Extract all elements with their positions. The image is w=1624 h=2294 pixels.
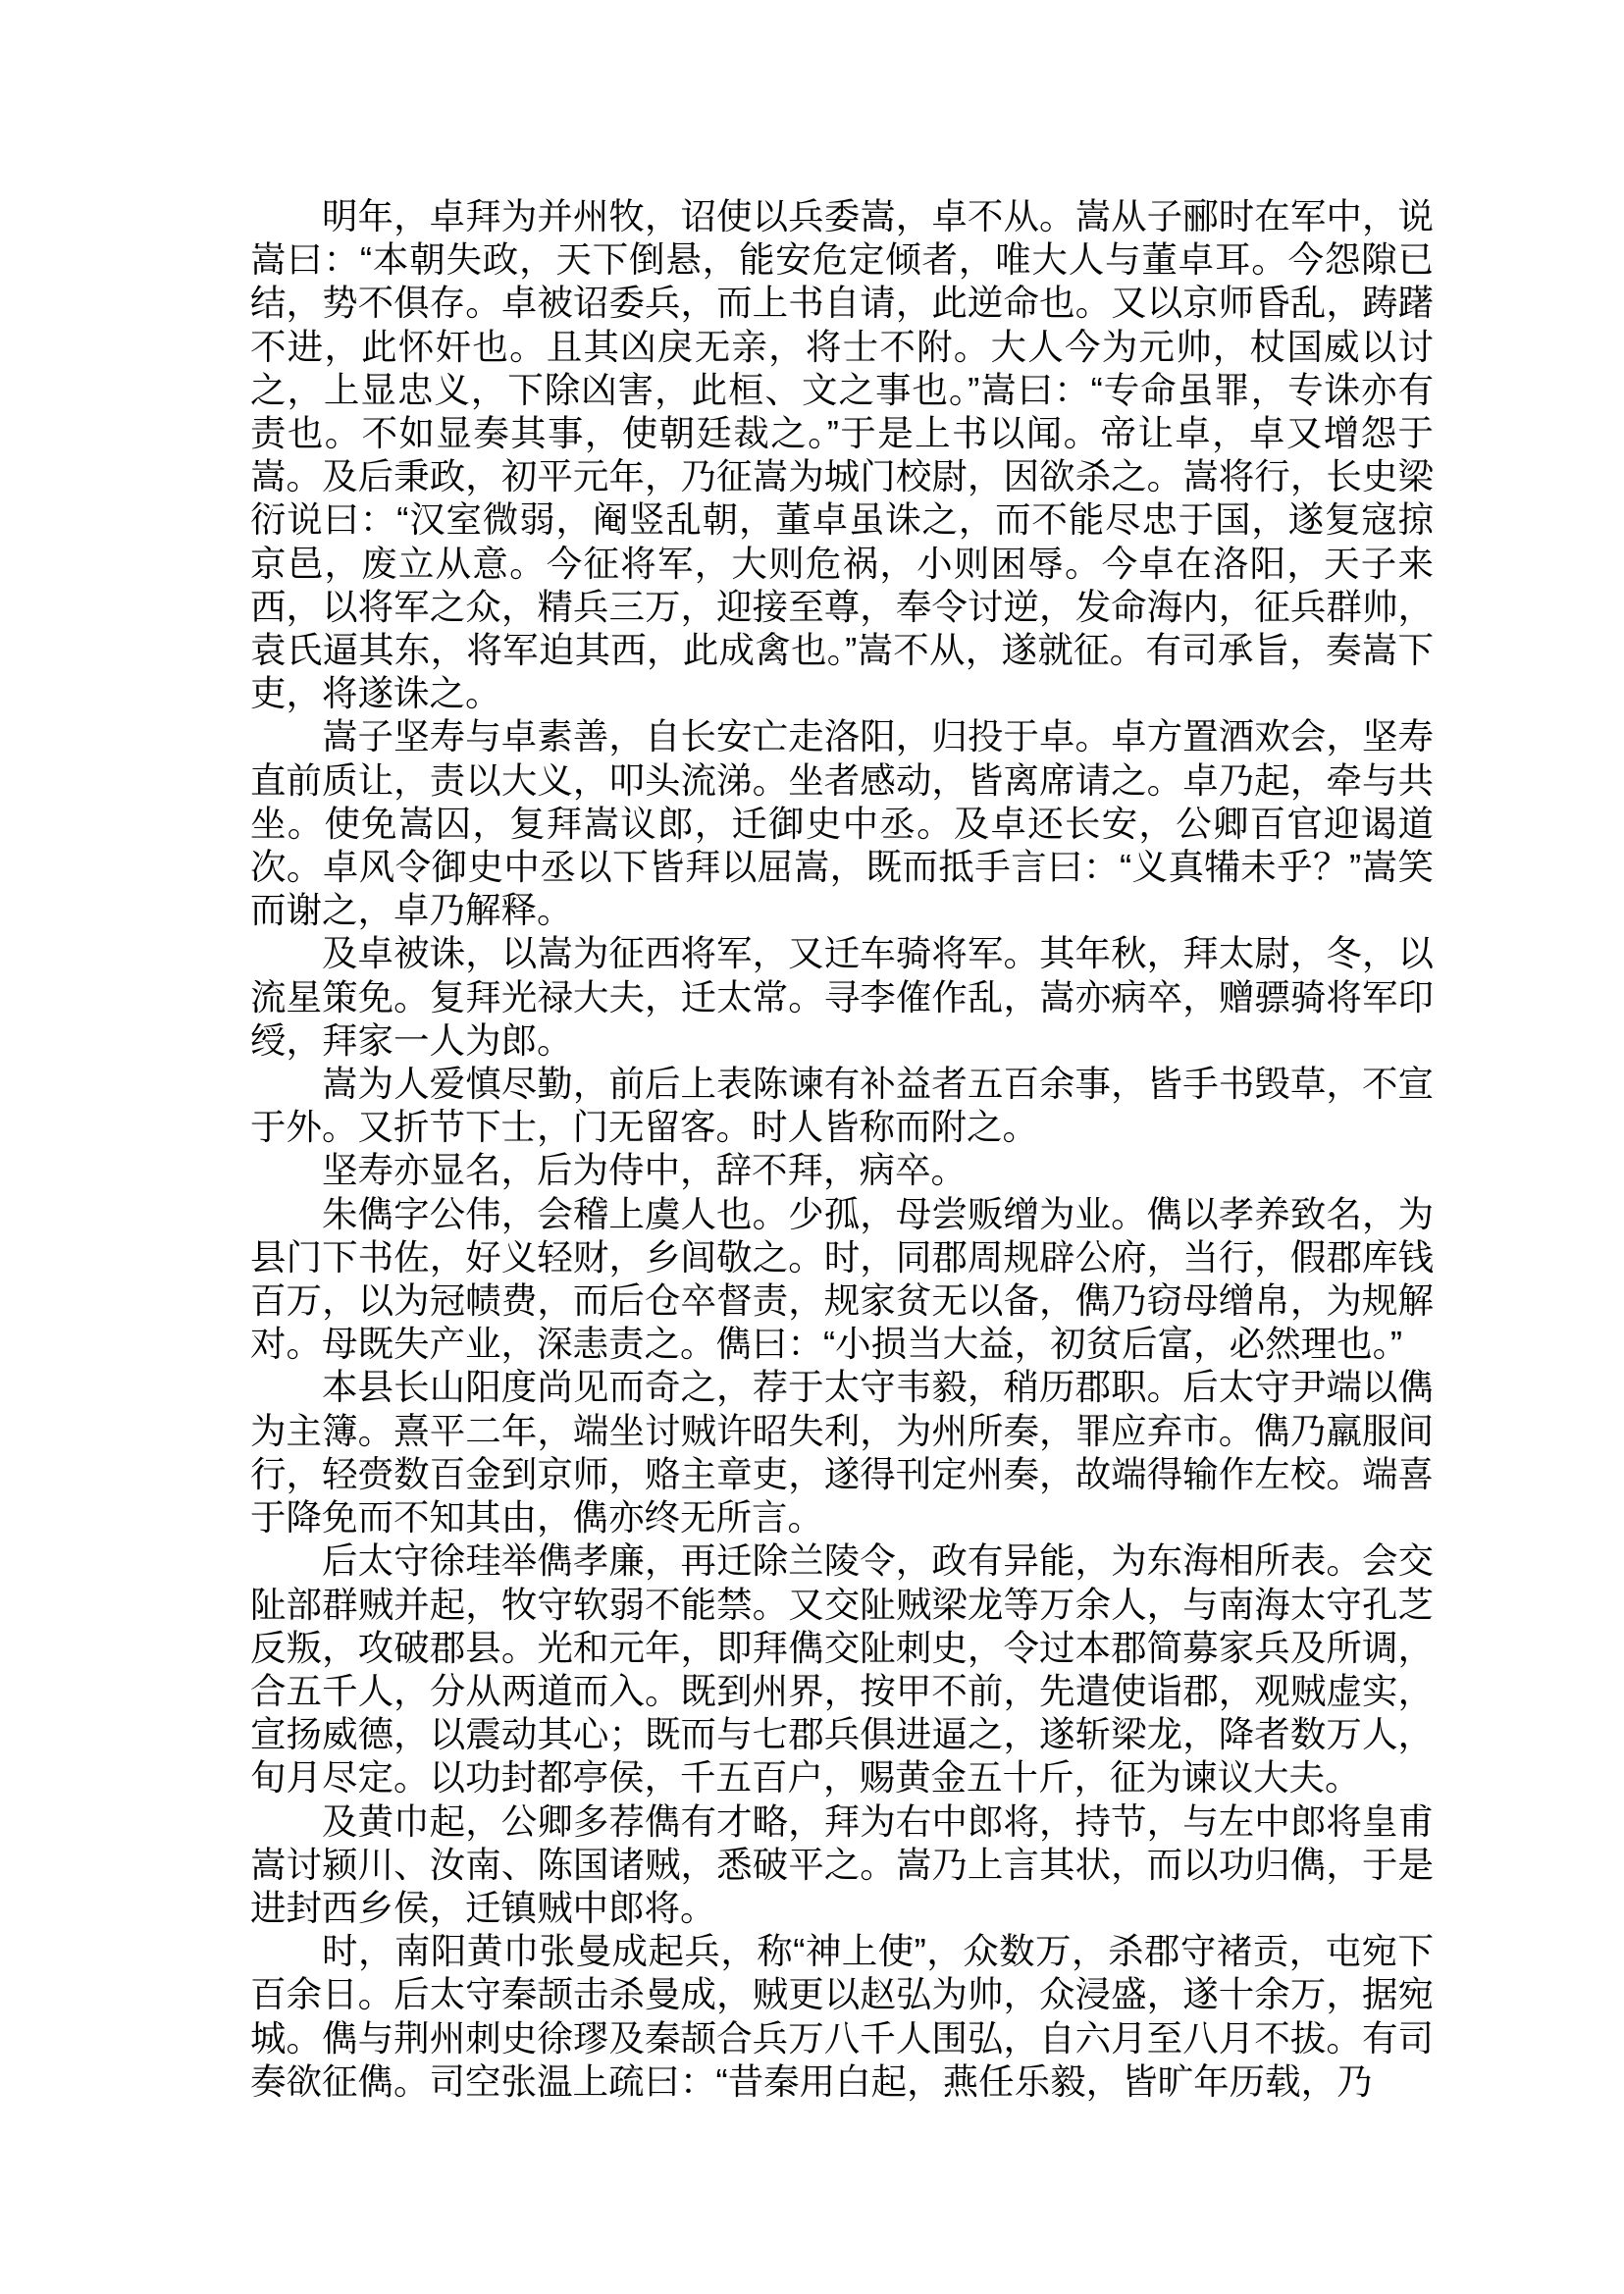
text-block: 明年，卓拜为并州牧，诏使以兵委嵩，卓不从。嵩从子郦时在军中，说嵩曰：“本朝失政，… xyxy=(250,195,1434,2104)
paragraph-8: 后太守徐珪举儁孝廉，再迁除兰陵令，政有异能，为东海相所表。会交阯部群贼并起，牧守… xyxy=(250,1539,1434,1799)
paragraph-1: 明年，卓拜为并州牧，诏使以兵委嵩，卓不从。嵩从子郦时在军中，说嵩曰：“本朝失政，… xyxy=(250,195,1434,715)
paragraph-3: 及卓被诛，以嵩为征西将军，又迁车骑将军。其年秋，拜太尉，冬，以流星策免。复拜光禄… xyxy=(250,932,1434,1063)
paragraph-10: 时，南阳黄巾张曼成起兵，称“神上使”，众数万，杀郡守褚贡，屯宛下百余日。后太守秦… xyxy=(250,1930,1434,2104)
paragraph-7: 本县长山阳度尚见而奇之，荐于太守韦毅，稍历郡职。后太守尹端以儁为主簿。熹平二年，… xyxy=(250,1366,1434,1539)
paragraph-6: 朱儁字公伟，会稽上虞人也。少孤，母尝贩缯为业。儁以孝养致名，为县门下书佐，好义轻… xyxy=(250,1193,1434,1367)
paragraph-4: 嵩为人爱慎尽勤，前后上表陈谏有补益者五百余事，皆手书毁草，不宣于外。又折节下士，… xyxy=(250,1063,1434,1149)
paragraph-9: 及黄巾起，公卿多荐儁有才略，拜为右中郎将，持节，与左中郎将皇甫嵩讨颍川、汝南、陈… xyxy=(250,1800,1434,1931)
paragraph-2: 嵩子坚寿与卓素善，自长安亡走洛阳，归投于卓。卓方置酒欢会，坚寿直前质让，责以大义… xyxy=(250,715,1434,932)
document-page: 明年，卓拜为并州牧，诏使以兵委嵩，卓不从。嵩从子郦时在军中，说嵩曰：“本朝失政，… xyxy=(0,0,1624,2294)
paragraph-5: 坚寿亦显名，后为侍中，辞不拜，病卒。 xyxy=(250,1149,1434,1192)
